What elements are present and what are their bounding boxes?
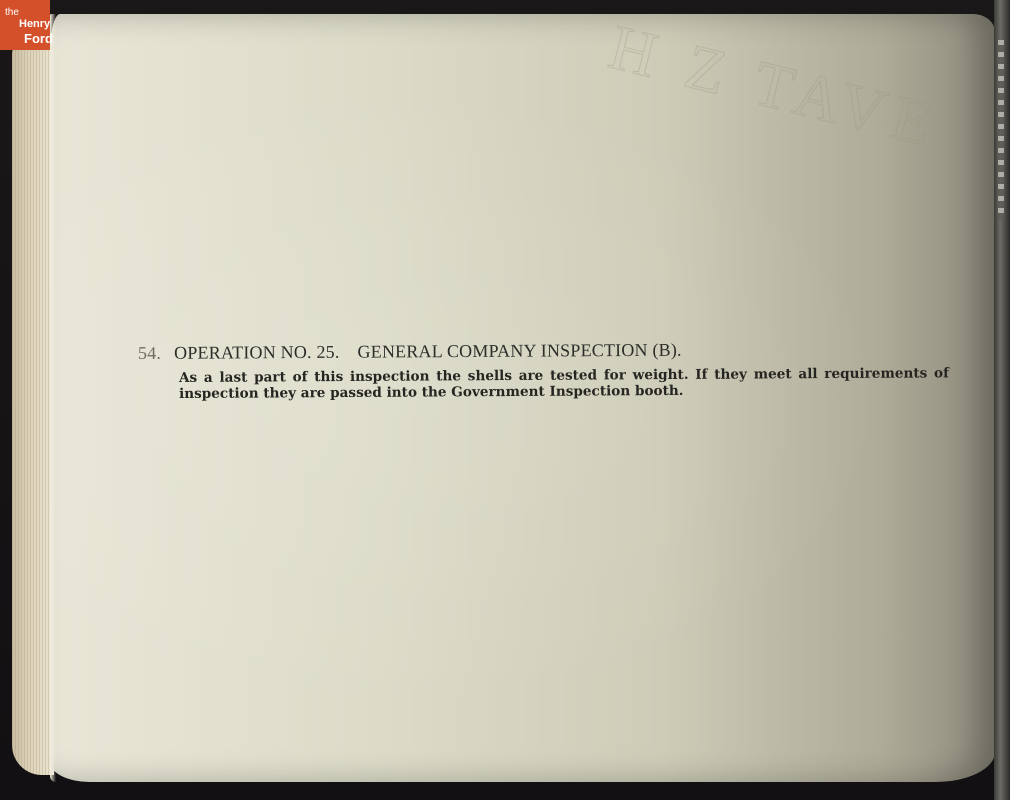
entry-title: GENERAL COMPANY INSPECTION (B). (357, 340, 681, 362)
description-line-2: inspection they are passed into the Gove… (179, 381, 949, 402)
logo-text-ford: Ford (24, 32, 53, 45)
logo-text-the: the (5, 8, 19, 18)
book-binding (994, 0, 1010, 800)
henry-ford-logo: the Henry Ford (0, 0, 50, 50)
entry-description: As a last part of this inspection the sh… (179, 365, 949, 402)
operation-label: OPERATION NO. 25. (174, 342, 340, 363)
entry-number: 54. (138, 343, 161, 363)
logo-text-henry: Henry (19, 19, 50, 30)
book-page-edges (12, 40, 54, 775)
entry-heading: 54.OPERATION NO. 25.GENERAL COMPANY INSP… (138, 338, 958, 364)
operation-entry: 54.OPERATION NO. 25.GENERAL COMPANY INSP… (138, 343, 958, 402)
